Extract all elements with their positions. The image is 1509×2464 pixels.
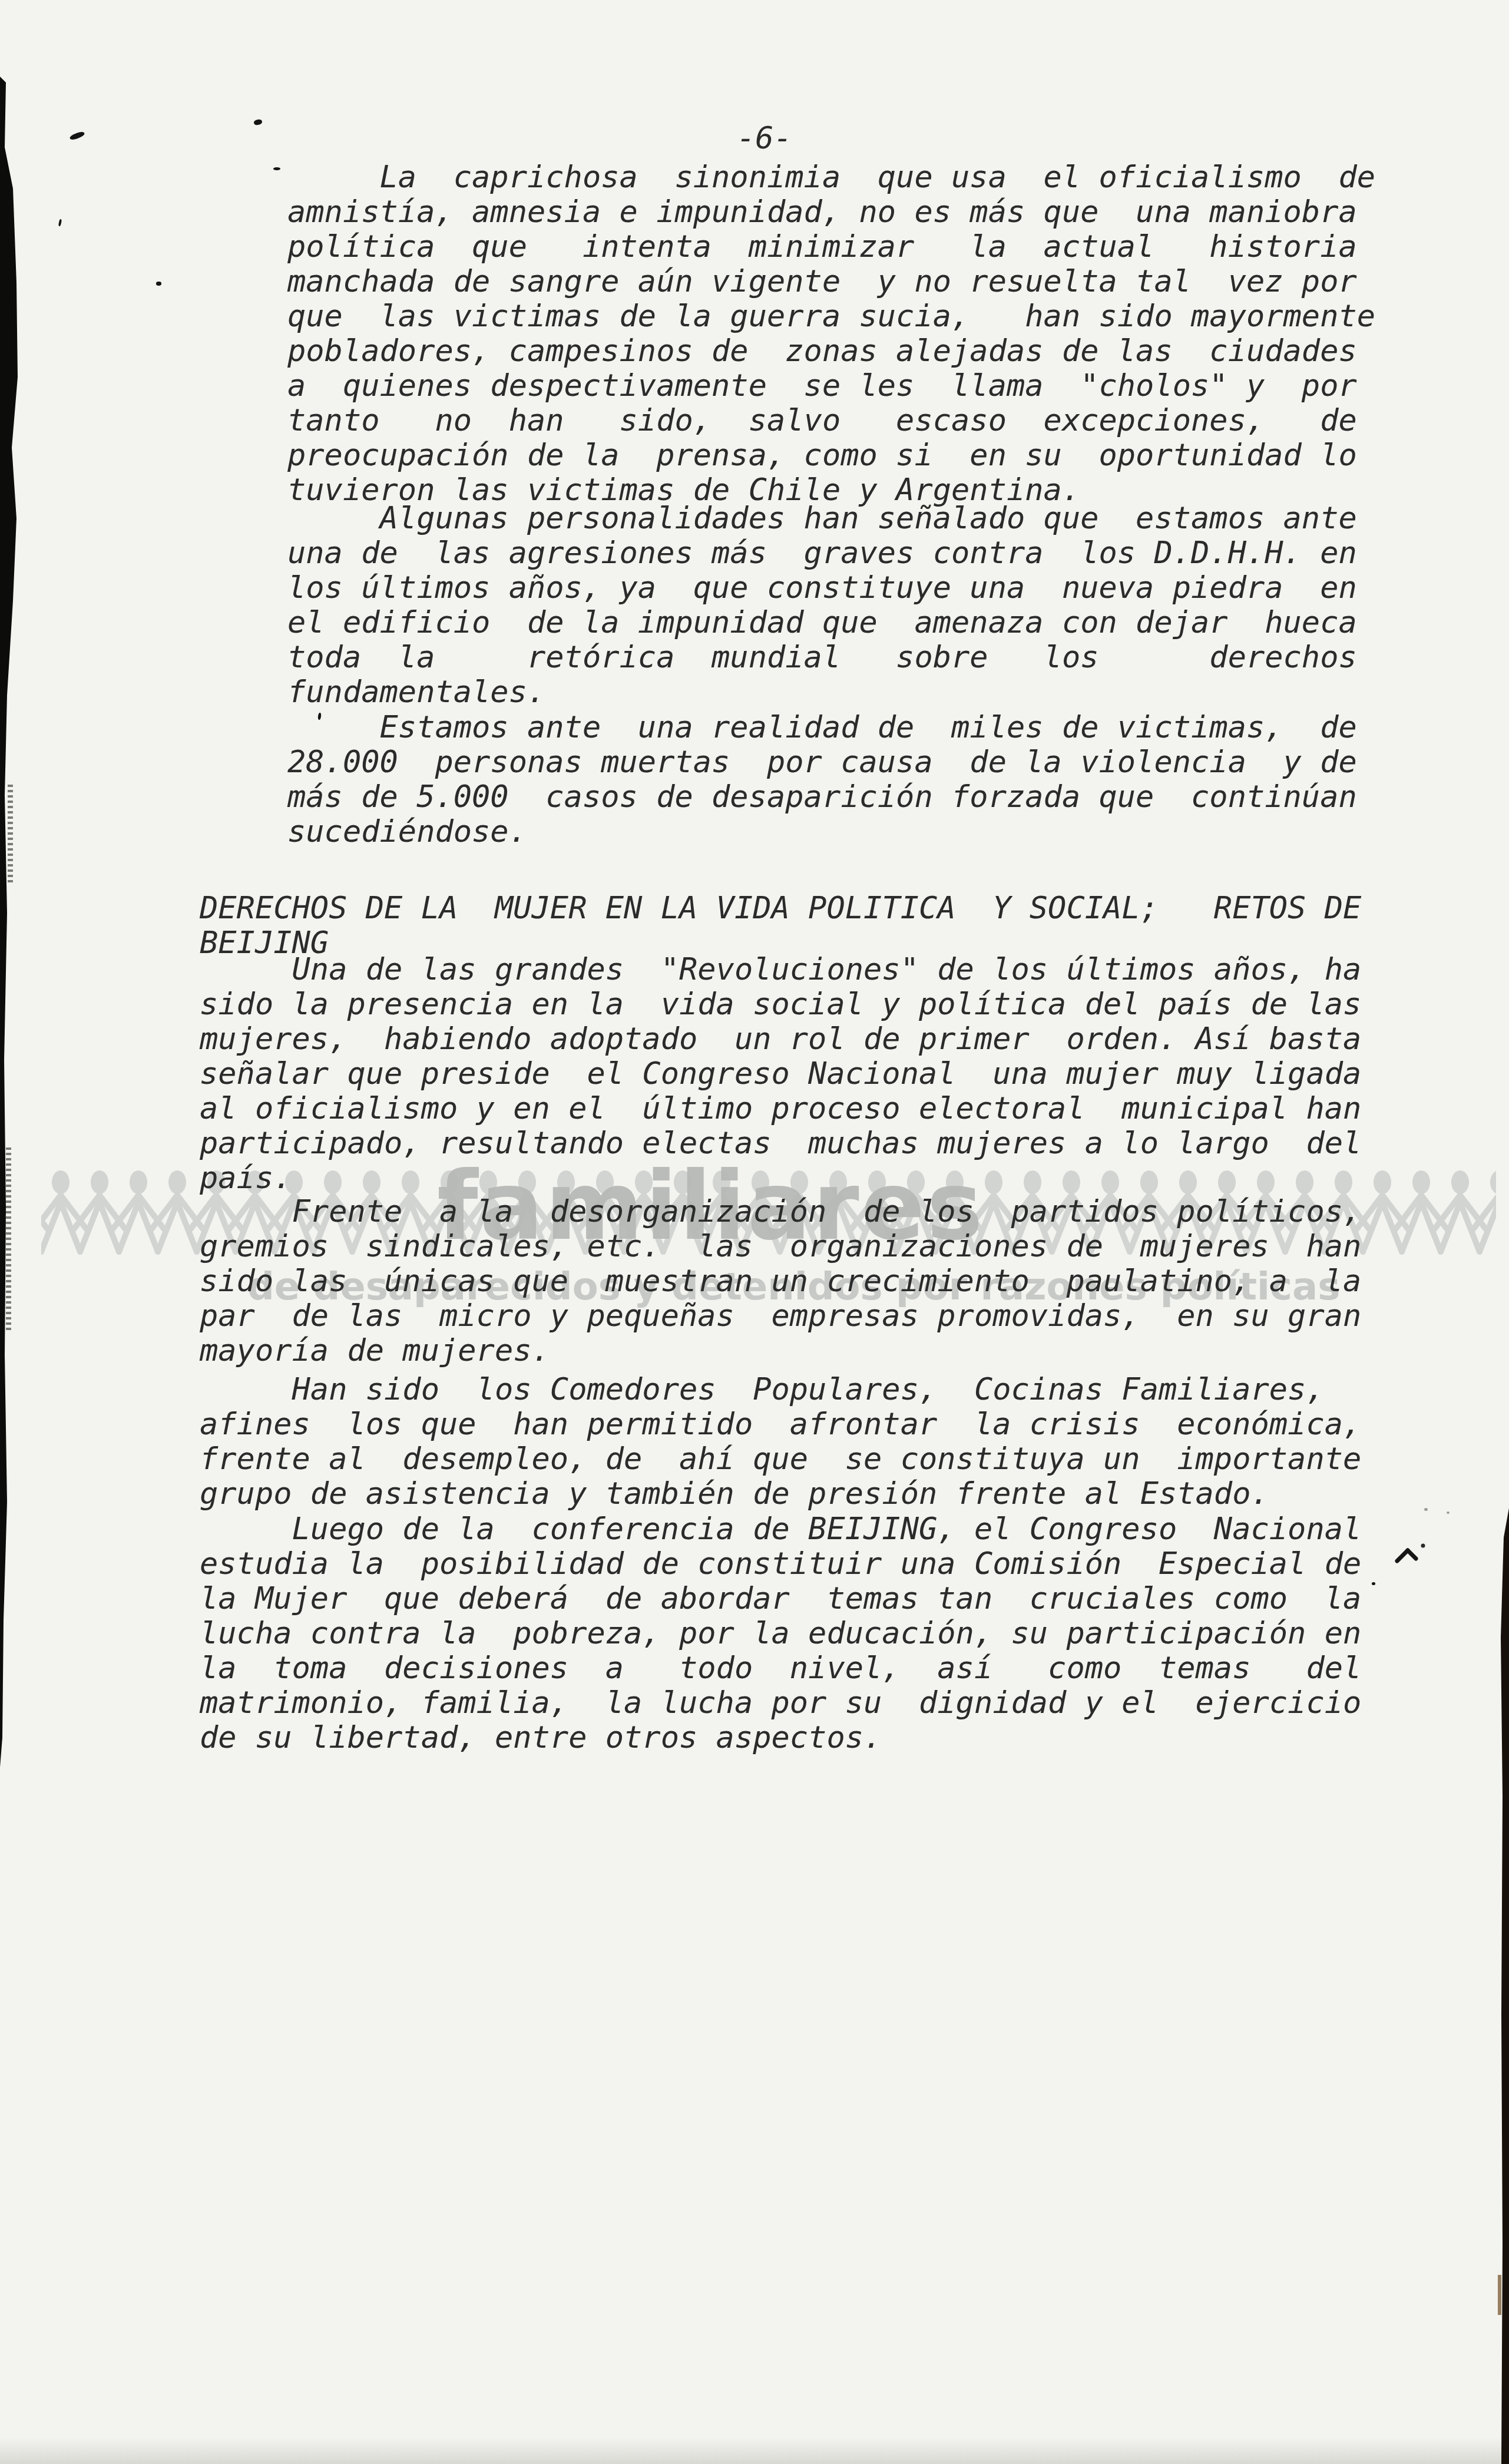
- scan-edge-artifacts: [0, 0, 1509, 2464]
- scan-edge-left: [0, 77, 18, 1767]
- scanned-page: familiares de desaparecidos y detenidos …: [0, 0, 1509, 2464]
- scan-edge-right: [1501, 1508, 1509, 2464]
- margin-fly-mark: [1397, 1550, 1416, 1561]
- ink-dot: [1421, 1544, 1425, 1548]
- scan-edge-brown-sliver: [1498, 2275, 1501, 2315]
